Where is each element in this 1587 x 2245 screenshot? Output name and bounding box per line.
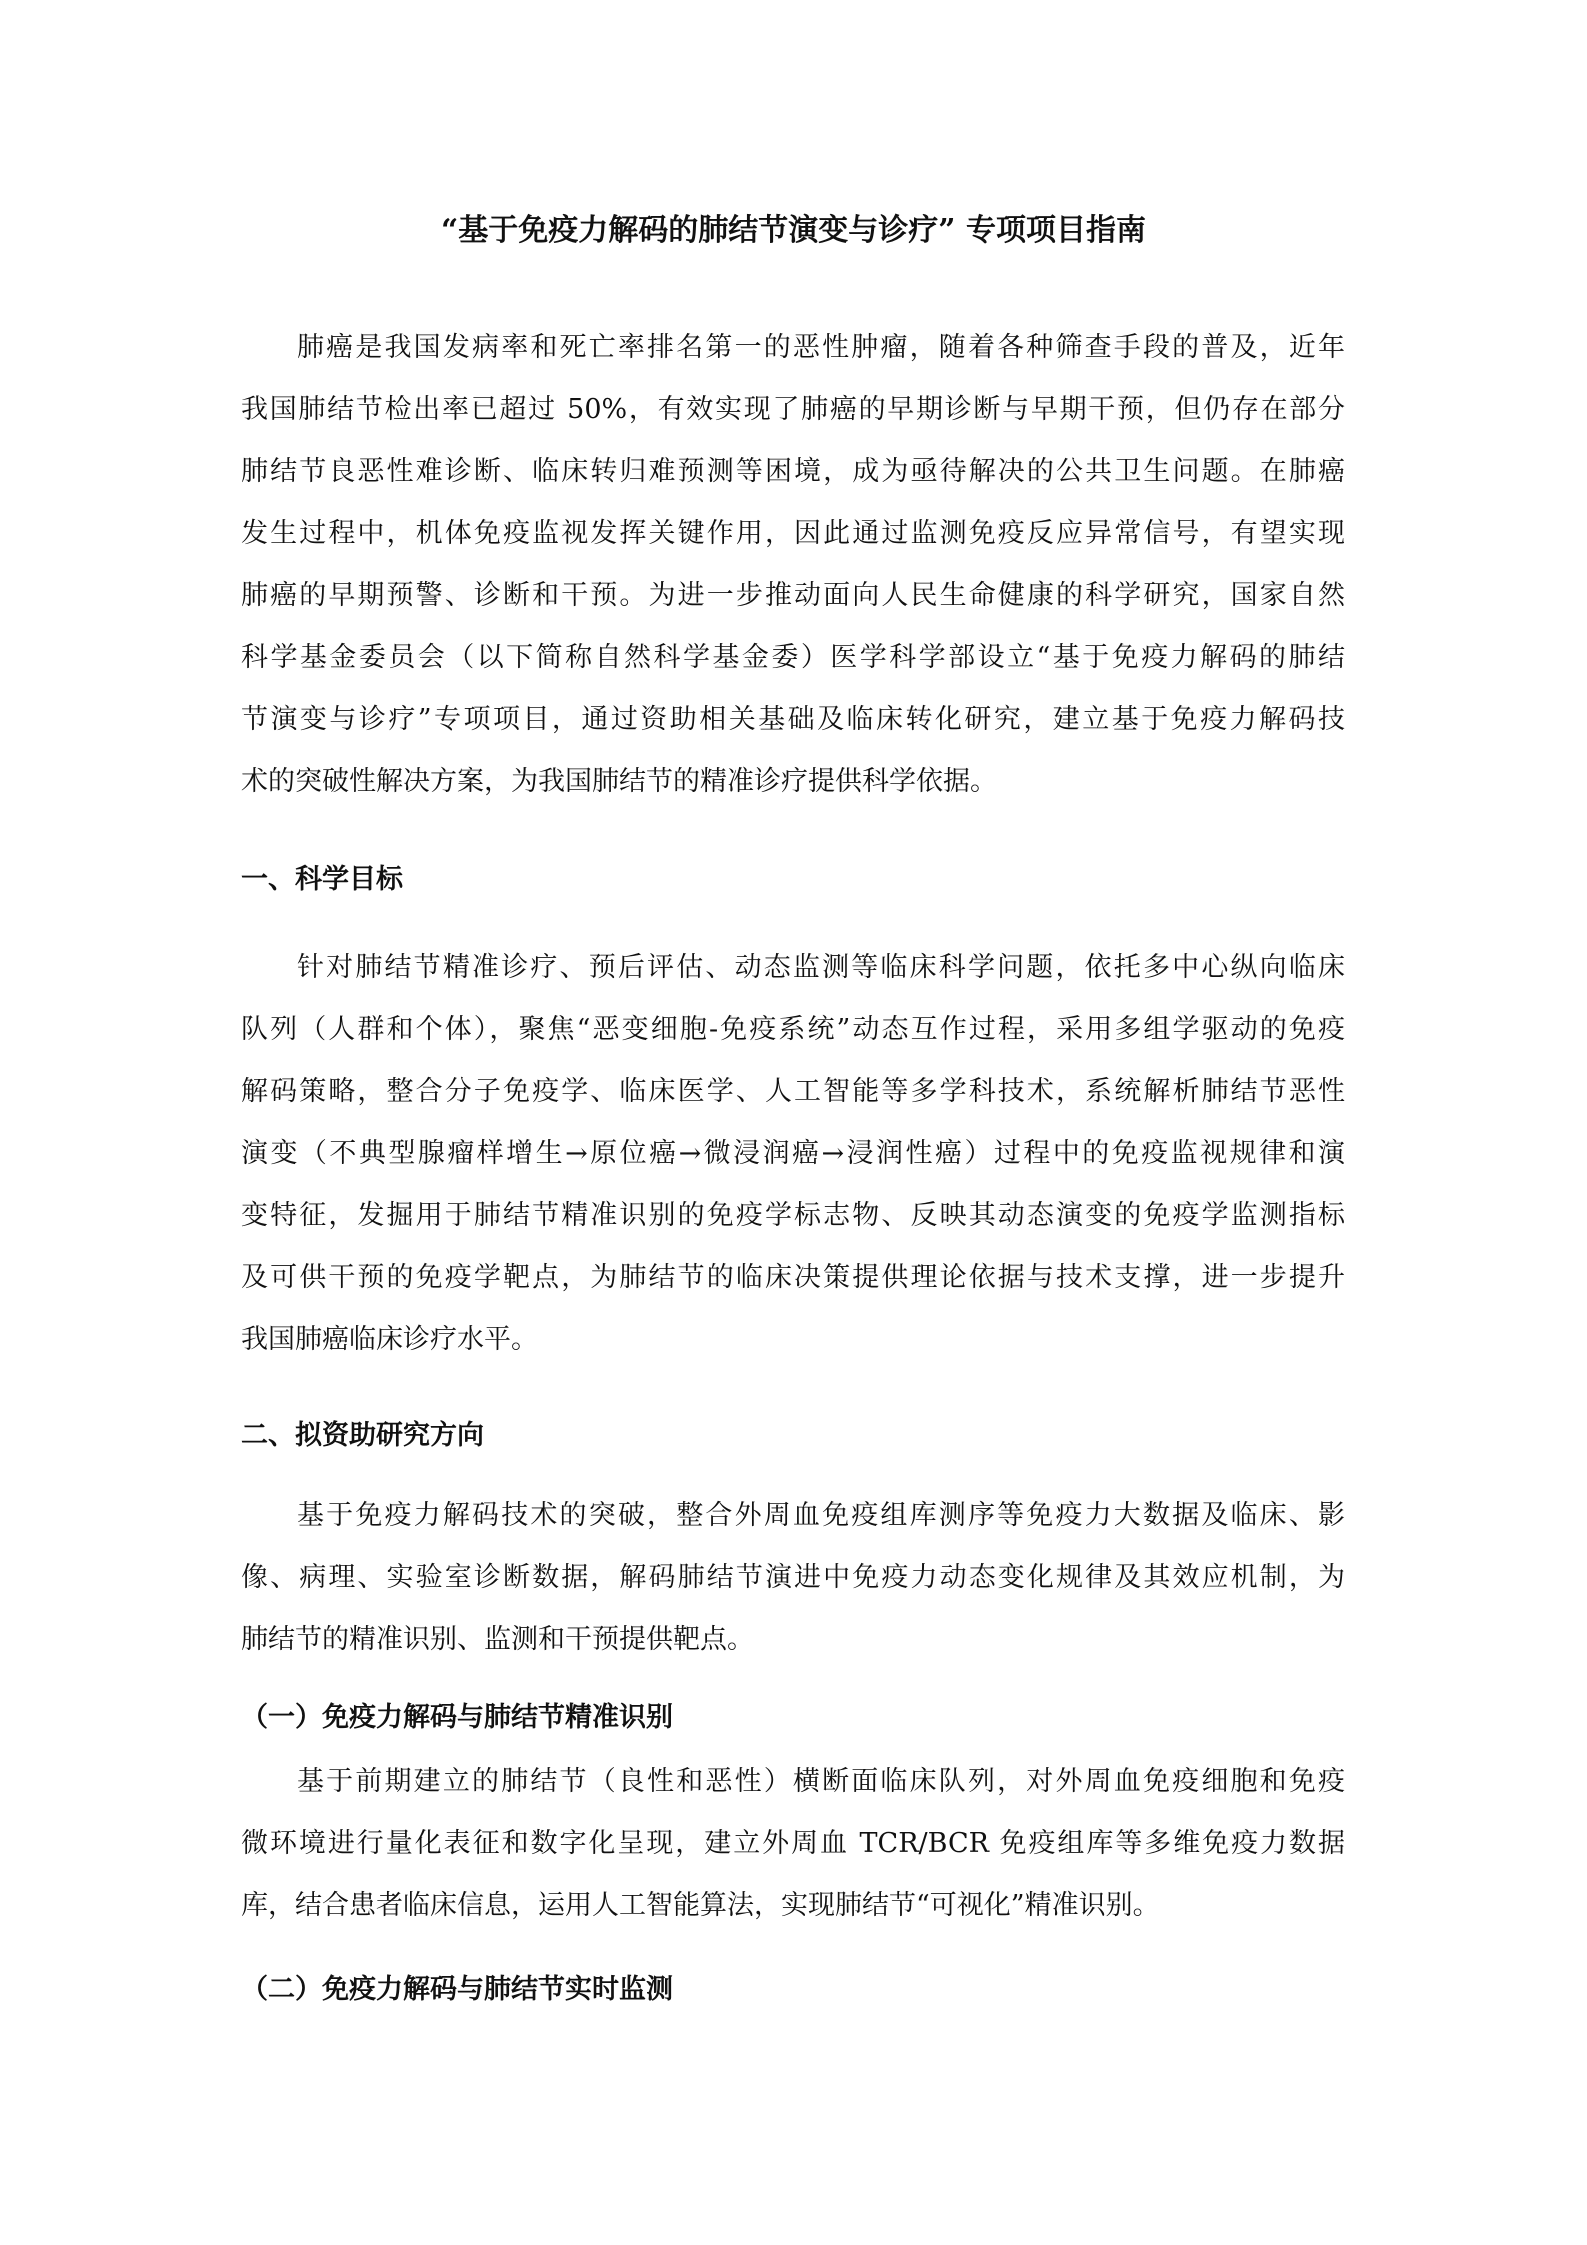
paragraph-line: 变特征，发掘用于肺结节精准识别的免疫学标志物、反映其动态演变的免疫学监测指标 (241, 1198, 1345, 1234)
paragraph-line: 科学基金委员会（以下简称自然科学基金委）医学科学部设立“基于免疫力解码的肺结 (241, 640, 1345, 676)
paragraph-line: 微环境进行量化表征和数字化呈现，建立外周血 TCR/BCR 免疫组库等多维免疫力… (241, 1826, 1345, 1862)
paragraph-line: 及可供干预的免疫学靶点，为肺结节的临床决策提供理论依据与技术支撑，进一步提升 (241, 1260, 1345, 1296)
subsection-heading-precise-identification: （一）免疫力解码与肺结节精准识别 (241, 1700, 673, 1736)
document-page: “基于免疫力解码的肺结节演变与诊疗” 专项项目指南 肺癌是我国发病率和死亡率排名… (0, 0, 1587, 2245)
paragraph-line: 队列（人群和个体），聚焦“恶变细胞-免疫系统”动态互作过程，采用多组学驱动的免疫 (241, 1012, 1345, 1048)
paragraph-line: 我国肺结节检出率已超过 50%，有效实现了肺癌的早期诊断与早期干预，但仍存在部分 (241, 392, 1345, 428)
document-title: “基于免疫力解码的肺结节演变与诊疗” 专项项目指南 (0, 205, 1587, 249)
paragraph-line: 术的突破性解决方案，为我国肺结节的精准诊疗提供科学依据。 (241, 764, 1345, 800)
paragraph-line: 库，结合患者临床信息，运用人工智能算法，实现肺结节“可视化”精准识别。 (241, 1888, 1345, 1924)
paragraph-line: 演变（不典型腺瘤样增生→原位癌→微浸润癌→浸润性癌）过程中的免疫监视规律和演 (241, 1136, 1345, 1172)
subsection-heading-real-time-monitoring: （二）免疫力解码与肺结节实时监测 (241, 1972, 673, 2008)
paragraph-line: 肺癌的早期预警、诊断和干预。为进一步推动面向人民生命健康的科学研究，国家自然 (241, 578, 1345, 614)
paragraph-line: 肺结节的精准识别、监测和干预提供靶点。 (241, 1622, 1345, 1658)
paragraph-line: 针对肺结节精准诊疗、预后评估、动态监测等临床科学问题，依托多中心纵向临床 (297, 950, 1345, 986)
paragraph-line: 肺结节良恶性难诊断、临床转归难预测等困境，成为亟待解决的公共卫生问题。在肺癌 (241, 454, 1345, 490)
paragraph-line: 解码策略，整合分子免疫学、临床医学、人工智能等多学科技术，系统解析肺结节恶性 (241, 1074, 1345, 1110)
section-heading-funding-directions: 二、拟资助研究方向 (241, 1418, 484, 1454)
paragraph-line: 基于前期建立的肺结节（良性和恶性）横断面临床队列，对外周血免疫细胞和免疫 (297, 1764, 1345, 1800)
paragraph-line: 我国肺癌临床诊疗水平。 (241, 1322, 1345, 1358)
section-heading-scientific-goals: 一、科学目标 (241, 862, 403, 898)
paragraph-line: 基于免疫力解码技术的突破，整合外周血免疫组库测序等免疫力大数据及临床、影 (297, 1498, 1345, 1534)
paragraph-line: 发生过程中，机体免疫监视发挥关键作用，因此通过监测免疫反应异常信号，有望实现 (241, 516, 1345, 552)
paragraph-line: 肺癌是我国发病率和死亡率排名第一的恶性肿瘤，随着各种筛查手段的普及，近年 (297, 330, 1345, 366)
paragraph-line: 像、病理、实验室诊断数据，解码肺结节演进中免疫力动态变化规律及其效应机制，为 (241, 1560, 1345, 1596)
paragraph-line: 节演变与诊疗”专项项目，通过资助相关基础及临床转化研究，建立基于免疫力解码技 (241, 702, 1345, 738)
